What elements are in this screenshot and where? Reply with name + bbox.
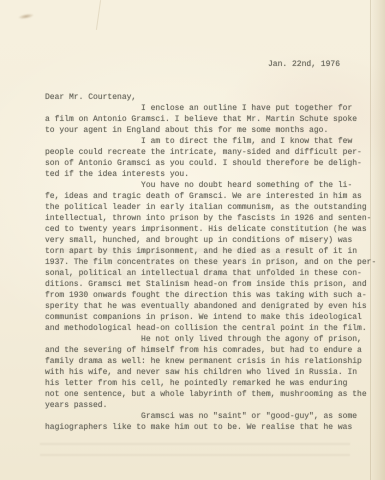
letter-line: hagiographers like to make him out to be… <box>45 422 376 433</box>
letter-line: 1937. The film concentrates on these yea… <box>45 257 376 268</box>
letter-line: You have no doubt heard something of the… <box>45 180 376 191</box>
letter-line: not one sentence, but a whole labyrinth … <box>45 389 376 400</box>
letter-line: people could recreate the intricate, man… <box>45 147 376 158</box>
paper-smudge <box>15 10 36 21</box>
letter-line: family drama as well: he knew permanent … <box>45 356 376 367</box>
letter-body: Dear Mr. Courtenay, I enclose an outline… <box>45 92 376 433</box>
letter-line: ted if the idea interests you. <box>45 169 376 180</box>
letter-line: from 1930 onwards fought the direction t… <box>45 290 376 301</box>
letter-line: ditions. Gramsci met Stalinism head-on f… <box>45 279 376 290</box>
letter-line: communist companions in prison. We inten… <box>45 312 376 323</box>
show-through-lines <box>40 443 350 465</box>
page-edge-shade <box>369 0 385 480</box>
letter-line: to your agent in England about this for … <box>45 125 376 136</box>
letter-line: with his wife, and never saw his childre… <box>45 367 376 378</box>
letter-line: I am to direct the film, and I know that… <box>45 136 376 147</box>
letter-page: Jan. 22nd, 1976 Dear Mr. Courtenay, I en… <box>0 0 385 480</box>
letter-line: Gramsci was no "saint" or "good-guy", as… <box>45 411 376 422</box>
letter-line: and the severing of himself from his com… <box>45 345 376 356</box>
letter-line: son of Antonio Gramsci as you could. I s… <box>45 158 376 169</box>
letter-line: his letter from his cell, he pointedly r… <box>45 378 376 389</box>
letter-line: years passed. <box>45 400 376 411</box>
letter-text: I enclose an outline I have put together… <box>45 103 376 433</box>
letter-line: intellectual, thrown into prison by the … <box>45 213 376 224</box>
letter-line: and methodological head-on collision the… <box>45 323 376 334</box>
letter-line: fe, ideas and tragic death of Gramsci. W… <box>45 191 376 202</box>
letter-date: Jan. 22nd, 1976 <box>268 59 340 70</box>
letter-line: torn apart by this imprisonment, and he … <box>45 246 376 257</box>
letter-line: I enclose an outline I have put together… <box>45 103 376 114</box>
paper-crease <box>96 0 101 30</box>
letter-line: He not only lived through the agony of p… <box>45 334 376 345</box>
letter-line: the political leader in early italian co… <box>45 202 376 213</box>
letter-line: a film on Antonio Gramsci. I believe tha… <box>45 114 376 125</box>
letter-line: very small, hunched, and brought up in c… <box>45 235 376 246</box>
letter-line: ced to twenty years imprisonment. His de… <box>45 224 376 235</box>
letter-salutation: Dear Mr. Courtenay, <box>45 92 376 103</box>
letter-line: sonal, political an intellectual drama t… <box>45 268 376 279</box>
letter-line: sperity that he was eventually abandoned… <box>45 301 376 312</box>
